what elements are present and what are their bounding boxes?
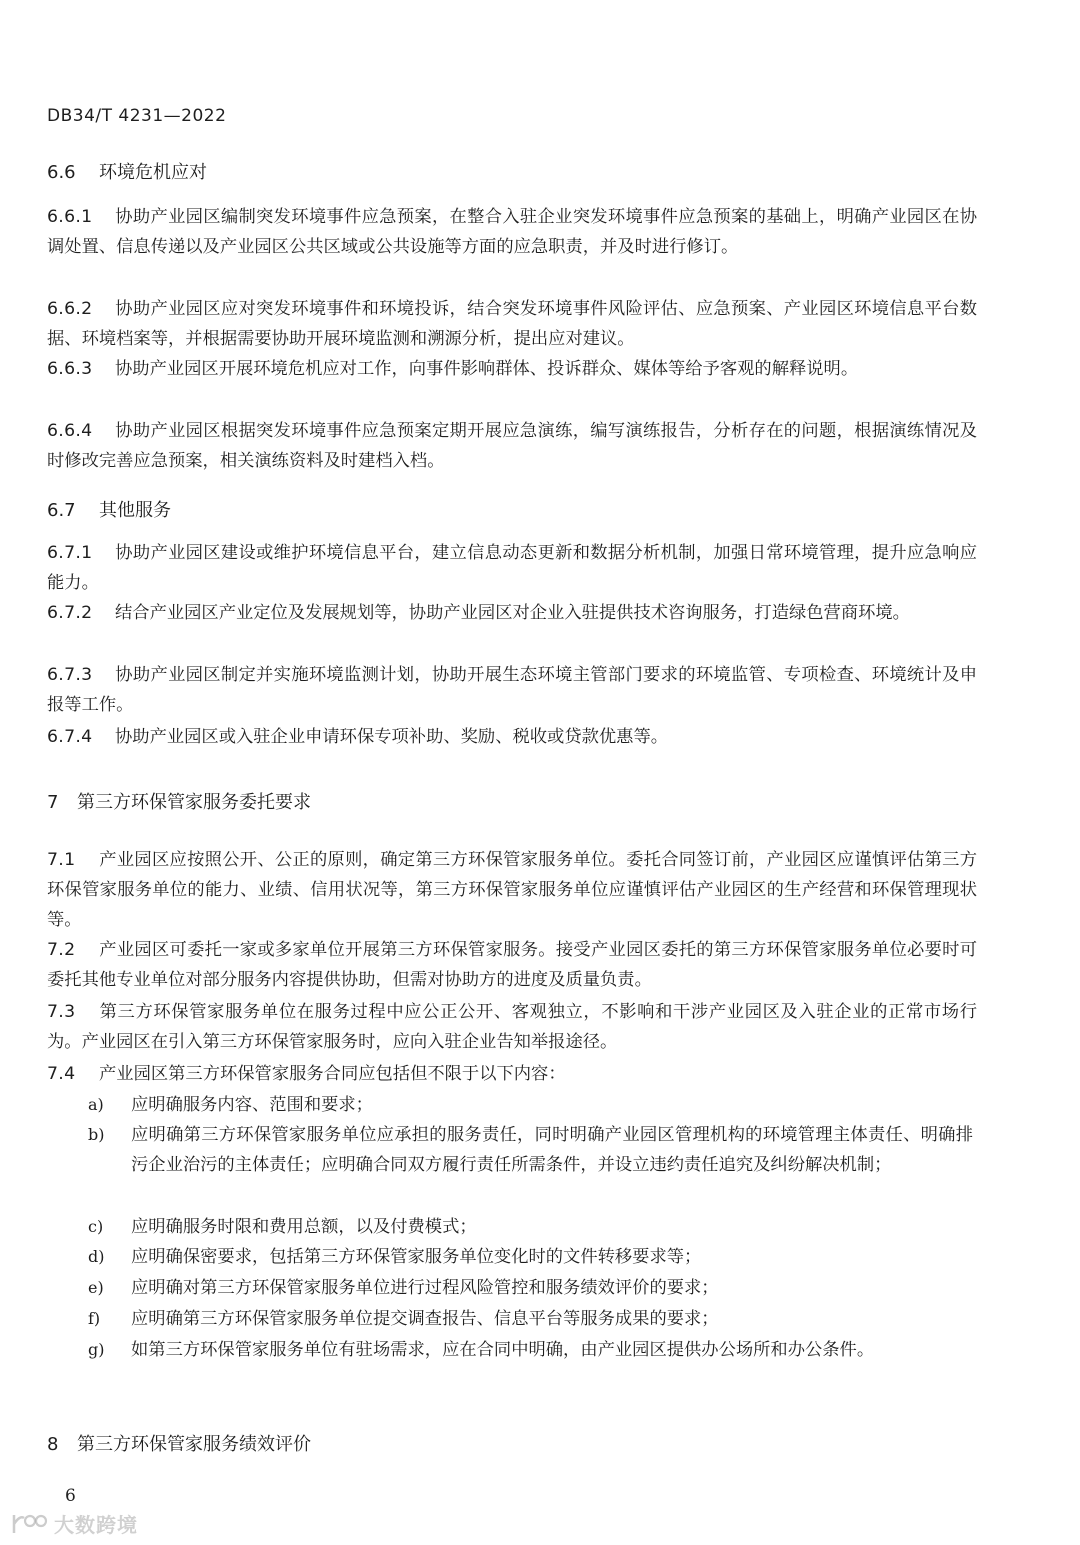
watermark-text: 大数跨境 <box>54 1509 138 1538</box>
list-item-text: 应明确服务时限和费用总额，以及付费模式； <box>131 1212 973 1242</box>
clause-number: 6.7.1 <box>47 538 115 568</box>
clause-6-7-4: 6.7.4协助产业园区或入驻企业申请环保专项补助、奖励、税收或贷款优惠等。 <box>47 722 977 752</box>
list-item-d: d) 应明确保密要求，包括第三方环保管家服务单位变化时的文件转移要求等； <box>88 1242 973 1272</box>
chapter-heading-8: 8第三方环保管家服务绩效评价 <box>47 1430 311 1456</box>
section-heading-6-6: 6.6环境危机应对 <box>47 158 207 184</box>
clause-text: 协助产业园区根据突发环境事件应急预案定期开展应急演练，编写演练报告，分析存在的问… <box>47 421 977 471</box>
clause-number: 7.4 <box>47 1059 99 1089</box>
list-item-b: b) 应明确第三方环保管家服务单位应承担的服务责任，同时明确产业园区管理机构的环… <box>88 1120 973 1180</box>
list-marker: f) <box>88 1304 100 1334</box>
chapter-number: 8 <box>47 1434 77 1455</box>
clause-6-7-2: 6.7.2结合产业园区产业定位及发展规划等，协助产业园区对企业入驻提供技术咨询服… <box>47 598 977 628</box>
section-heading-6-7: 6.7其他服务 <box>47 496 171 522</box>
clause-7-3: 7.3第三方环保管家服务单位在服务过程中应公正公开、客观独立，不影响和干涉产业园… <box>47 997 977 1057</box>
clause-7-1: 7.1产业园区应按照公开、公正的原则，确定第三方环保管家服务单位。委托合同签订前… <box>47 845 977 935</box>
page-number: 6 <box>65 1486 76 1506</box>
list-marker: d) <box>88 1242 104 1272</box>
clause-number: 6.6.4 <box>47 416 115 446</box>
clause-number: 6.7.2 <box>47 598 115 628</box>
clause-7-2: 7.2产业园区可委托一家或多家单位开展第三方环保管家服务。接受产业园区委托的第三… <box>47 935 977 995</box>
clause-number: 6.6.1 <box>47 202 115 232</box>
list-marker: g) <box>88 1335 104 1365</box>
clause-text: 协助产业园区开展环境危机应对工作，向事件影响群体、投诉群众、媒体等给予客观的解释… <box>115 359 858 379</box>
brand-logo-icon <box>10 1512 48 1536</box>
clause-number: 6.6.2 <box>47 294 115 324</box>
clause-number: 6.6.3 <box>47 354 115 384</box>
clause-6-6-3: 6.6.3协助产业园区开展环境危机应对工作，向事件影响群体、投诉群众、媒体等给予… <box>47 354 977 384</box>
list-marker: a) <box>88 1090 104 1120</box>
clause-text: 协助产业园区应对突发环境事件和环境投诉，结合突发环境事件风险评估、应急预案、产业… <box>47 299 977 349</box>
list-item-text: 应明确对第三方环保管家服务单位进行过程风险管控和服务绩效评价的要求； <box>131 1273 973 1303</box>
chapter-heading-7: 7第三方环保管家服务委托要求 <box>47 788 311 814</box>
list-marker: c) <box>88 1212 103 1242</box>
clause-text: 协助产业园区或入驻企业申请环保专项补助、奖励、税收或贷款优惠等。 <box>115 727 668 747</box>
section-title: 环境危机应对 <box>99 162 207 183</box>
clause-number: 6.7.3 <box>47 660 115 690</box>
list-item-text: 应明确第三方环保管家服务单位提交调查报告、信息平台等服务成果的要求； <box>131 1304 973 1334</box>
section-number: 6.7 <box>47 500 99 521</box>
clause-number: 6.7.4 <box>47 722 115 752</box>
clause-text: 协助产业园区编制突发环境事件应急预案，在整合入驻企业突发环境事件应急预案的基础上… <box>47 207 977 257</box>
list-item-g: g) 如第三方环保管家服务单位有驻场需求，应在合同中明确，由产业园区提供办公场所… <box>88 1335 973 1365</box>
chapter-title: 第三方环保管家服务委托要求 <box>77 792 311 813</box>
watermark: 大数跨境 <box>10 1509 138 1538</box>
list-item-text: 如第三方环保管家服务单位有驻场需求，应在合同中明确，由产业园区提供办公场所和办公… <box>131 1335 973 1365</box>
clause-6-6-1: 6.6.1协助产业园区编制突发环境事件应急预案，在整合入驻企业突发环境事件应急预… <box>47 202 977 262</box>
list-marker: b) <box>88 1120 104 1150</box>
clause-text: 产业园区第三方环保管家服务合同应包括但不限于以下内容： <box>99 1064 566 1084</box>
clause-text: 协助产业园区制定并实施环境监测计划，协助开展生态环境主管部门要求的环境监管、专项… <box>47 665 977 715</box>
clause-7-4: 7.4产业园区第三方环保管家服务合同应包括但不限于以下内容： <box>47 1059 977 1089</box>
list-item-c: c) 应明确服务时限和费用总额，以及付费模式； <box>88 1212 973 1242</box>
clause-number: 7.3 <box>47 997 99 1027</box>
clause-text: 结合产业园区产业定位及发展规划等，协助产业园区对企业入驻提供技术咨询服务，打造绿… <box>115 603 910 623</box>
list-item-text: 应明确第三方环保管家服务单位应承担的服务责任，同时明确产业园区管理机构的环境管理… <box>131 1120 973 1180</box>
clause-6-6-2: 6.6.2协助产业园区应对突发环境事件和环境投诉，结合突发环境事件风险评估、应急… <box>47 294 977 354</box>
list-marker: e) <box>88 1273 104 1303</box>
list-item-text: 应明确保密要求，包括第三方环保管家服务单位变化时的文件转移要求等； <box>131 1242 973 1272</box>
clause-6-7-3: 6.7.3协助产业园区制定并实施环境监测计划，协助开展生态环境主管部门要求的环境… <box>47 660 977 720</box>
clause-6-6-4: 6.6.4协助产业园区根据突发环境事件应急预案定期开展应急演练，编写演练报告，分… <box>47 416 977 476</box>
list-item-f: f) 应明确第三方环保管家服务单位提交调查报告、信息平台等服务成果的要求； <box>88 1304 973 1334</box>
list-item-text: 应明确服务内容、范围和要求； <box>131 1090 973 1120</box>
document-page: DB34/T 4231—2022 6.6环境危机应对 6.6.1协助产业园区编制… <box>0 0 1080 1545</box>
chapter-number: 7 <box>47 792 77 813</box>
clause-text: 协助产业园区建设或维护环境信息平台，建立信息动态更新和数据分析机制，加强日常环境… <box>47 543 977 593</box>
document-code: DB34/T 4231—2022 <box>47 106 226 126</box>
clause-text: 产业园区应按照公开、公正的原则，确定第三方环保管家服务单位。委托合同签订前，产业… <box>47 850 977 930</box>
clause-6-7-1: 6.7.1协助产业园区建设或维护环境信息平台，建立信息动态更新和数据分析机制，加… <box>47 538 977 598</box>
clause-text: 第三方环保管家服务单位在服务过程中应公正公开、客观独立，不影响和干涉产业园区及入… <box>47 1002 977 1052</box>
chapter-title: 第三方环保管家服务绩效评价 <box>77 1434 311 1455</box>
clause-number: 7.2 <box>47 935 99 965</box>
section-title: 其他服务 <box>99 500 171 521</box>
section-number: 6.6 <box>47 162 99 183</box>
list-item-a: a) 应明确服务内容、范围和要求； <box>88 1090 973 1120</box>
clause-text: 产业园区可委托一家或多家单位开展第三方环保管家服务。接受产业园区委托的第三方环保… <box>47 940 977 990</box>
list-item-e: e) 应明确对第三方环保管家服务单位进行过程风险管控和服务绩效评价的要求； <box>88 1273 973 1303</box>
clause-number: 7.1 <box>47 845 99 875</box>
